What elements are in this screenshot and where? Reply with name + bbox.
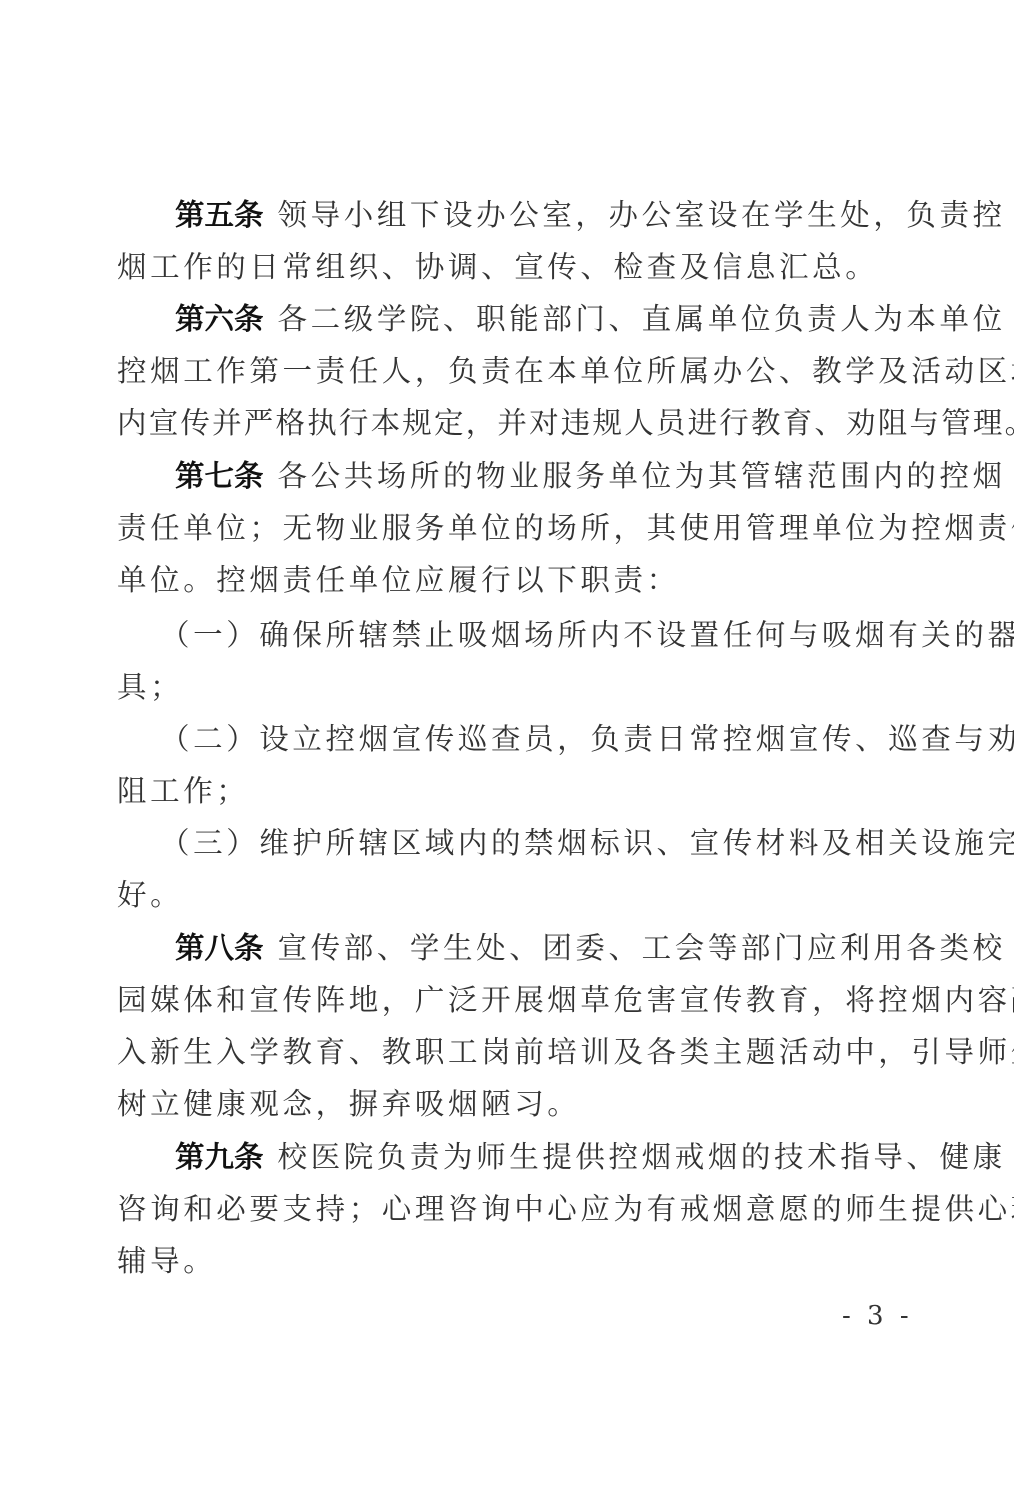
article-7-item-1-line-1: （一）确保所辖禁止吸烟场所内不设置任何与吸烟有关的器: [160, 615, 902, 655]
article-7-line-2: 责任单位；无物业服务单位的场所，其使用管理单位为控烟责任: [117, 508, 917, 548]
article-5-line-2: 烟工作的日常组织、协调、宣传、检查及信息汇总。: [117, 247, 917, 287]
article-6-line-1: 第六条各二级学院、职能部门、直属单位负责人为本单位: [175, 299, 917, 339]
article-9-line-2: 咨询和必要支持；心理咨询中心应为有戒烟意愿的师生提供心理: [117, 1189, 917, 1229]
article-text: 各二级学院、职能部门、直属单位负责人为本单位: [278, 302, 1006, 336]
article-number: 第七条: [175, 458, 264, 493]
article-7-item-2-line-1: （二）设立控烟宣传巡查员，负责日常控烟宣传、巡查与劝: [160, 719, 902, 759]
article-text: 各公共场所的物业服务单位为其管辖范围内的控烟: [278, 459, 1006, 493]
article-number: 第五条: [175, 197, 264, 232]
document-page: 第五条领导小组下设办公室，办公室设在学生处，负责控 烟工作的日常组织、协调、宣传…: [0, 0, 1014, 1500]
article-7-item-3-line-2: 好。: [117, 875, 917, 915]
article-7-item-2-line-2: 阻工作；: [117, 771, 917, 811]
article-7-line-3: 单位。控烟责任单位应履行以下职责：: [117, 560, 917, 600]
page-number: - 3 -: [842, 1298, 922, 1334]
article-5-line-1: 第五条领导小组下设办公室，办公室设在学生处，负责控: [175, 195, 917, 235]
article-number: 第六条: [175, 301, 264, 336]
article-text: 宣传部、学生处、团委、工会等部门应利用各类校: [278, 931, 1006, 965]
article-text: 领导小组下设办公室，办公室设在学生处，负责控: [278, 198, 1006, 232]
article-8-line-4: 树立健康观念，摒弃吸烟陋习。: [117, 1084, 917, 1124]
article-8-line-1: 第八条宣传部、学生处、团委、工会等部门应利用各类校: [175, 928, 917, 968]
article-7-item-3-line-1: （三）维护所辖区域内的禁烟标识、宣传材料及相关设施完: [160, 823, 902, 863]
article-number: 第九条: [175, 1139, 264, 1174]
article-6-line-3: 内宣传并严格执行本规定，并对违规人员进行教育、劝阻与管理。: [117, 403, 917, 443]
article-text: 校医院负责为师生提供控烟戒烟的技术指导、健康: [278, 1140, 1006, 1174]
article-7-item-1-line-2: 具；: [117, 667, 917, 707]
article-9-line-1: 第九条校医院负责为师生提供控烟戒烟的技术指导、健康: [175, 1137, 917, 1177]
article-6-line-2: 控烟工作第一责任人，负责在本单位所属办公、教学及活动区域: [117, 351, 917, 391]
article-8-line-2: 园媒体和宣传阵地，广泛开展烟草危害宣传教育，将控烟内容融: [117, 980, 917, 1020]
article-9-line-3: 辅导。: [117, 1241, 917, 1281]
article-8-line-3: 入新生入学教育、教职工岗前培训及各类主题活动中，引导师生: [117, 1032, 917, 1072]
article-number: 第八条: [175, 930, 264, 965]
article-7-line-1: 第七条各公共场所的物业服务单位为其管辖范围内的控烟: [175, 456, 917, 496]
